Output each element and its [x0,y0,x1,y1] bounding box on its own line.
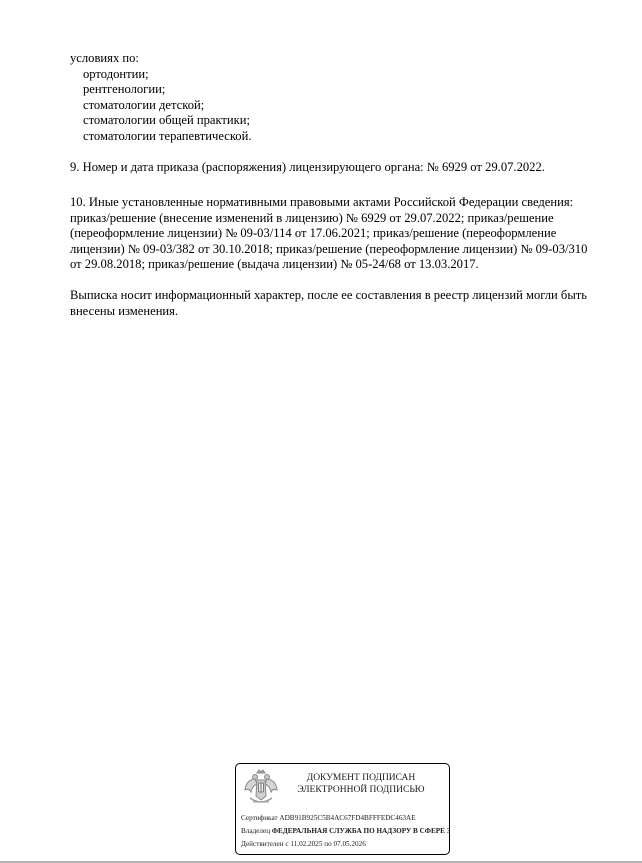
conditions-intro: условиях по: [70,51,615,67]
stamp-title-line1: ДОКУМЕНТ ПОДПИСАН [286,773,436,785]
coat-of-arms-emblem-icon [243,768,279,808]
owner-label: Владелец [241,827,270,835]
disclaimer-line: внесены изменения. [70,304,615,320]
section-10-line: 10. Иные установленные нормативными прав… [70,195,615,211]
section-10-line: приказ/решение (внесение изменений в лиц… [70,211,615,227]
condition-item: стоматологии терапевтической. [70,129,615,145]
certificate-value: ADB91B925C5B4AC67FD4BFFFEDC463AE [279,814,415,822]
condition-item: ортодонтии; [70,67,615,83]
validity-value: с 11.02.2025 по 07.05.2026 [285,840,365,848]
stamp-title-line2: ЭЛЕКТРОННОЙ ПОДПИСЬЮ [286,785,436,797]
certificate-label: Сертификат [241,814,278,822]
validity-label: Действителен [241,840,284,848]
conditions-list: условиях по: ортодонтии; рентгенологии; … [70,51,615,144]
section-9-text: 9. Номер и дата приказа (распоряжения) л… [70,160,615,176]
section-10-other-info: 10. Иные установленные нормативными прав… [70,195,615,273]
condition-item: стоматологии общей практики; [70,113,615,129]
electronic-signature-stamp: ДОКУМЕНТ ПОДПИСАН ЭЛЕКТРОННОЙ ПОДПИСЬЮ С… [235,763,450,855]
condition-item: рентгенологии; [70,82,615,98]
owner-row: Владелец ФЕДЕРАЛЬНАЯ СЛУЖБА ПО НАДЗОРУ В… [241,825,450,838]
section-10-line: (переоформление лицензии) № 09-03/114 от… [70,226,615,242]
section-10-line: лицензии) № 09-03/382 от 30.10.2018; при… [70,242,615,258]
owner-value: ФЕДЕРАЛЬНАЯ СЛУЖБА ПО НАДЗОРУ В СФЕРЕ ЗД… [272,827,450,835]
section-10-line: от 29.08.2018; приказ/решение (выдача ли… [70,257,615,273]
stamp-details: Сертификат ADB91B925C5B4AC67FD4BFFFEDC46… [241,812,450,851]
validity-row: Действителен с 11.02.2025 по 07.05.2026 [241,838,450,851]
disclaimer: Выписка носит информационный характер, п… [70,288,615,319]
section-9-order-number: 9. Номер и дата приказа (распоряжения) л… [70,160,615,176]
disclaimer-line: Выписка носит информационный характер, п… [70,288,615,304]
stamp-title: ДОКУМЕНТ ПОДПИСАН ЭЛЕКТРОННОЙ ПОДПИСЬЮ [286,773,436,796]
condition-item: стоматологии детской; [70,98,615,114]
certificate-row: Сертификат ADB91B925C5B4AC67FD4BFFFEDC46… [241,812,450,825]
document-page: условиях по: ортодонтии; рентгенологии; … [0,0,642,861]
